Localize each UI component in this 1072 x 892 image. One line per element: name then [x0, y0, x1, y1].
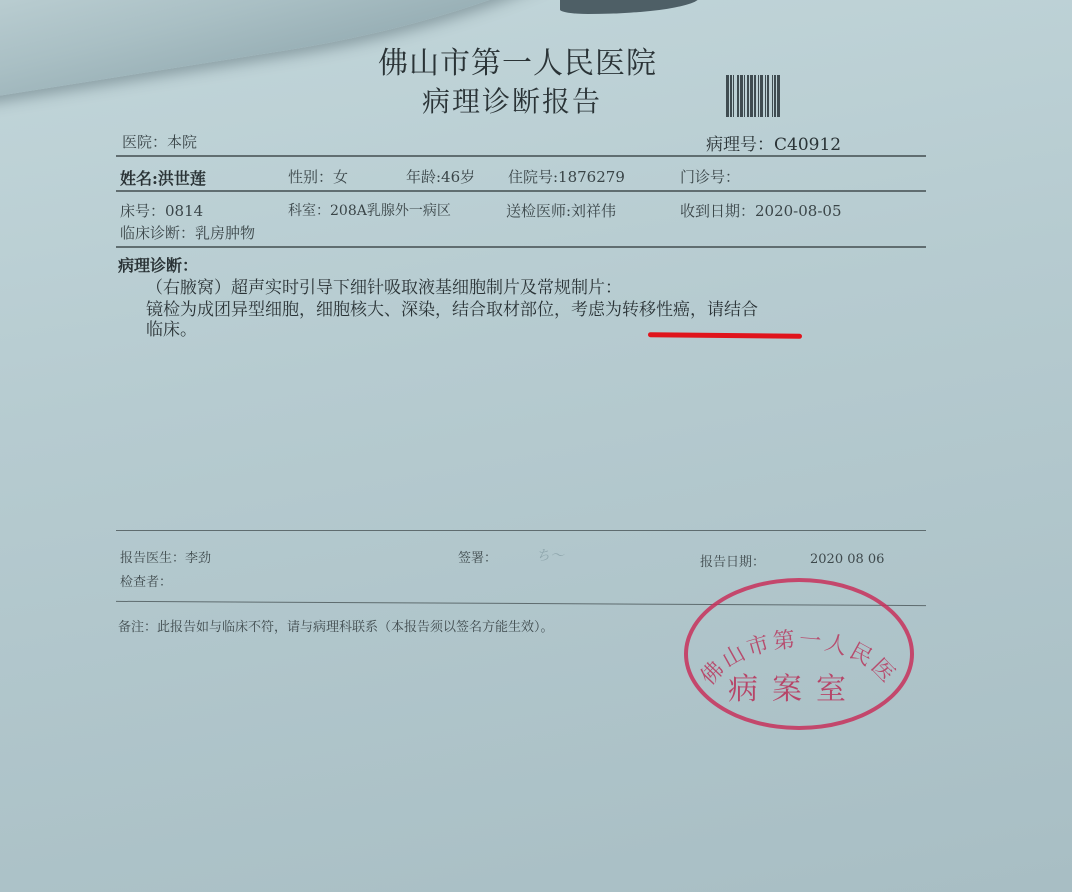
diagnosis-highlight: 考虑为转移性癌	[571, 300, 690, 320]
diagnosis-line-1: （右腋窝）超声实时引导下细针吸取液基细胞制片及常规制片：	[146, 278, 622, 298]
outpatient-number: 门诊号：	[680, 166, 740, 187]
pathology-number: 病理号：C40912	[706, 130, 841, 155]
signature-label: 签署：	[458, 547, 497, 566]
patient-gender: 性别：女	[288, 166, 348, 187]
report-date: 2020 08 06	[810, 552, 884, 567]
bed-number: 床号：0814	[120, 200, 203, 221]
inpatient-number: 住院号:1876279	[508, 166, 625, 187]
diagnosis-text: ，请结合	[690, 300, 758, 320]
diagnosis-line-3: 临床。	[146, 320, 197, 340]
footer-note: 备注：此报告如与临床不符，请与病理科联系（本报告须以签名方能生效）。	[118, 616, 554, 635]
diagnosis-heading: 病理诊断：	[118, 253, 198, 276]
report-date-label: 报告日期：	[700, 551, 765, 570]
patient-age: 年龄:46岁	[406, 166, 475, 187]
report-doctor: 报告医生：李劲	[120, 547, 211, 566]
patient-name: 姓名:洪世莲	[120, 166, 206, 189]
stamp-center-text: 病案室	[728, 664, 860, 708]
checker: 检查者：	[120, 571, 172, 590]
clinical-diagnosis: 临床诊断：乳房肿物	[120, 222, 255, 243]
department: 科室：208A乳腺外一病区	[288, 200, 451, 220]
hospital-field: 医院：本院	[122, 131, 197, 152]
barcode-icon	[726, 75, 856, 117]
hospital-name: 佛山市第一人民医院	[378, 38, 657, 82]
report-title: 病理诊断报告	[422, 80, 602, 120]
diagnosis-line-2: 镜检为成团异型细胞，细胞核大、深染，结合取材部位，考虑为转移性癌，请结合	[146, 300, 758, 320]
divider	[116, 155, 926, 157]
referring-doctor: 送检医师:刘祥伟	[506, 200, 616, 221]
received-date: 收到日期：2020-08-05	[680, 200, 842, 221]
divider	[116, 190, 926, 192]
divider	[116, 246, 926, 248]
divider	[116, 530, 926, 531]
signature: ち～	[536, 545, 564, 565]
diagnosis-text: 镜检为成团异型细胞，细胞核大、深染，结合取材部位，	[146, 300, 571, 320]
